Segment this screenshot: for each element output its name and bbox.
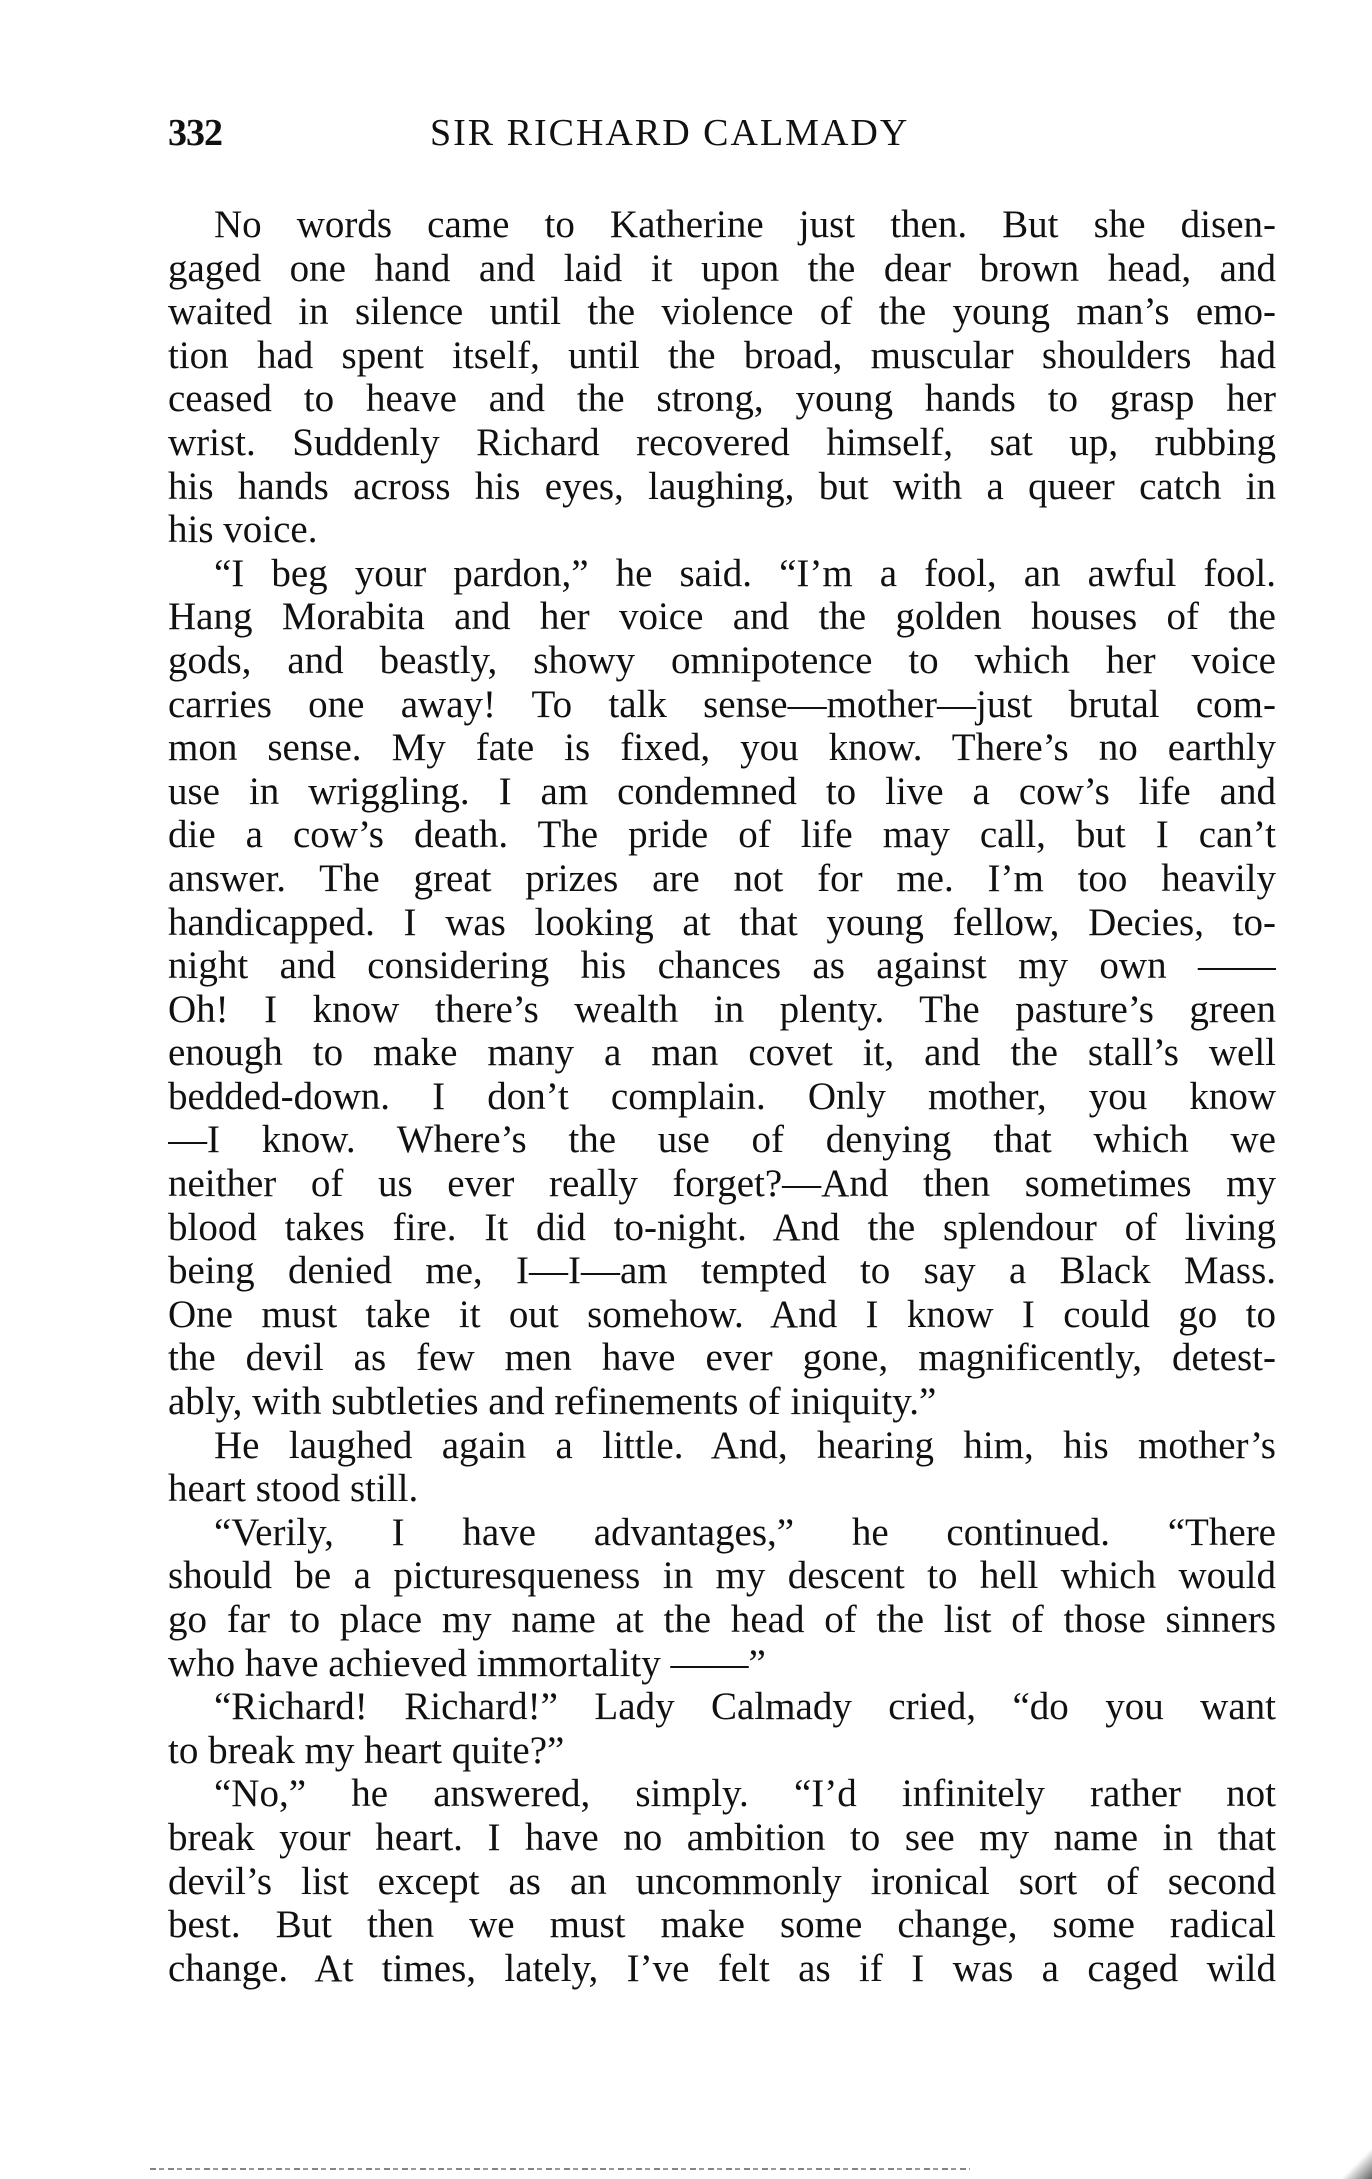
book-page: 332 SIR RICHARD CALMADY No words came to… — [0, 0, 1372, 2179]
text-line: heart stood still. — [168, 1467, 1276, 1511]
body-text: No words came to Katherine just then. Bu… — [168, 203, 1276, 1990]
paragraph-first-line: “Richard! Richard!” Lady Calmady cried, … — [168, 1685, 1276, 1729]
text-line: should be a picturesqueness in my descen… — [168, 1554, 1276, 1598]
text-line: go far to place my name at the head of t… — [168, 1598, 1276, 1642]
text-line: the devil as few men have ever gone, mag… — [168, 1336, 1276, 1380]
text-line: One must take it out somehow. And I know… — [168, 1293, 1276, 1337]
text-line: bedded-down. I don’t complain. Only moth… — [168, 1075, 1276, 1119]
paragraph-first-line: “I beg your pardon,” he said. “I’m a foo… — [168, 552, 1276, 596]
scan-edge-artifact — [150, 2168, 970, 2170]
text-line: —I know. Where’s the use of denying that… — [168, 1118, 1276, 1162]
text-line: change. At times, lately, I’ve felt as i… — [168, 1947, 1276, 1991]
text-line: wrist. Suddenly Richard recovered himsel… — [168, 421, 1276, 465]
text-line: neither of us ever really forget?—And th… — [168, 1162, 1276, 1206]
text-line: his voice. — [168, 508, 1276, 552]
page-corner-shadow — [1342, 2139, 1372, 2179]
text-line: who have achieved immortality ——” — [168, 1642, 1276, 1686]
running-head: 332 SIR RICHARD CALMADY — [168, 108, 1276, 158]
text-line: handicapped. I was looking at that young… — [168, 901, 1276, 945]
paragraph-first-line: No words came to Katherine just then. Bu… — [168, 203, 1276, 247]
text-line: blood takes fire. It did to-night. And t… — [168, 1206, 1276, 1250]
text-line: use in wriggling. I am condemned to live… — [168, 770, 1276, 814]
paragraph-first-line: He laughed again a little. And, hearing … — [168, 1424, 1276, 1468]
text-line: ably, with subtleties and refinements of… — [168, 1380, 1276, 1424]
text-line: ceased to heave and the strong, young ha… — [168, 377, 1276, 421]
text-line: devil’s list except as an uncommonly iro… — [168, 1860, 1276, 1904]
text-line: being denied me, I—I—am tempted to say a… — [168, 1249, 1276, 1293]
text-line: Hang Morabita and her voice and the gold… — [168, 595, 1276, 639]
text-line: his hands across his eyes, laughing, but… — [168, 465, 1276, 509]
text-line: night and considering his chances as aga… — [168, 944, 1276, 988]
text-line: carries one away! To talk sense—mother—j… — [168, 683, 1276, 727]
running-title: SIR RICHARD CALMADY — [430, 108, 909, 158]
text-line: waited in silence until the violence of … — [168, 290, 1276, 334]
text-line: to break my heart quite?” — [168, 1729, 1276, 1773]
text-line: die a cow’s death. The pride of life may… — [168, 813, 1276, 857]
text-line: enough to make many a man covet it, and … — [168, 1031, 1276, 1075]
text-line: best. But then we must make some change,… — [168, 1903, 1276, 1947]
text-line: tion had spent itself, until the broad, … — [168, 334, 1276, 378]
text-line: answer. The great prizes are not for me.… — [168, 857, 1276, 901]
page-number: 332 — [168, 108, 222, 158]
paragraph-first-line: “No,” he answered, simply. “I’d infinite… — [168, 1772, 1276, 1816]
text-line: Oh! I know there’s wealth in plenty. The… — [168, 988, 1276, 1032]
text-line: gaged one hand and laid it upon the dear… — [168, 247, 1276, 291]
text-line: mon sense. My fate is fixed, you know. T… — [168, 726, 1276, 770]
paragraph-first-line: “Verily, I have advantages,” he continue… — [168, 1511, 1276, 1555]
text-line: gods, and beastly, showy omnipotence to … — [168, 639, 1276, 683]
text-line: break your heart. I have no ambition to … — [168, 1816, 1276, 1860]
